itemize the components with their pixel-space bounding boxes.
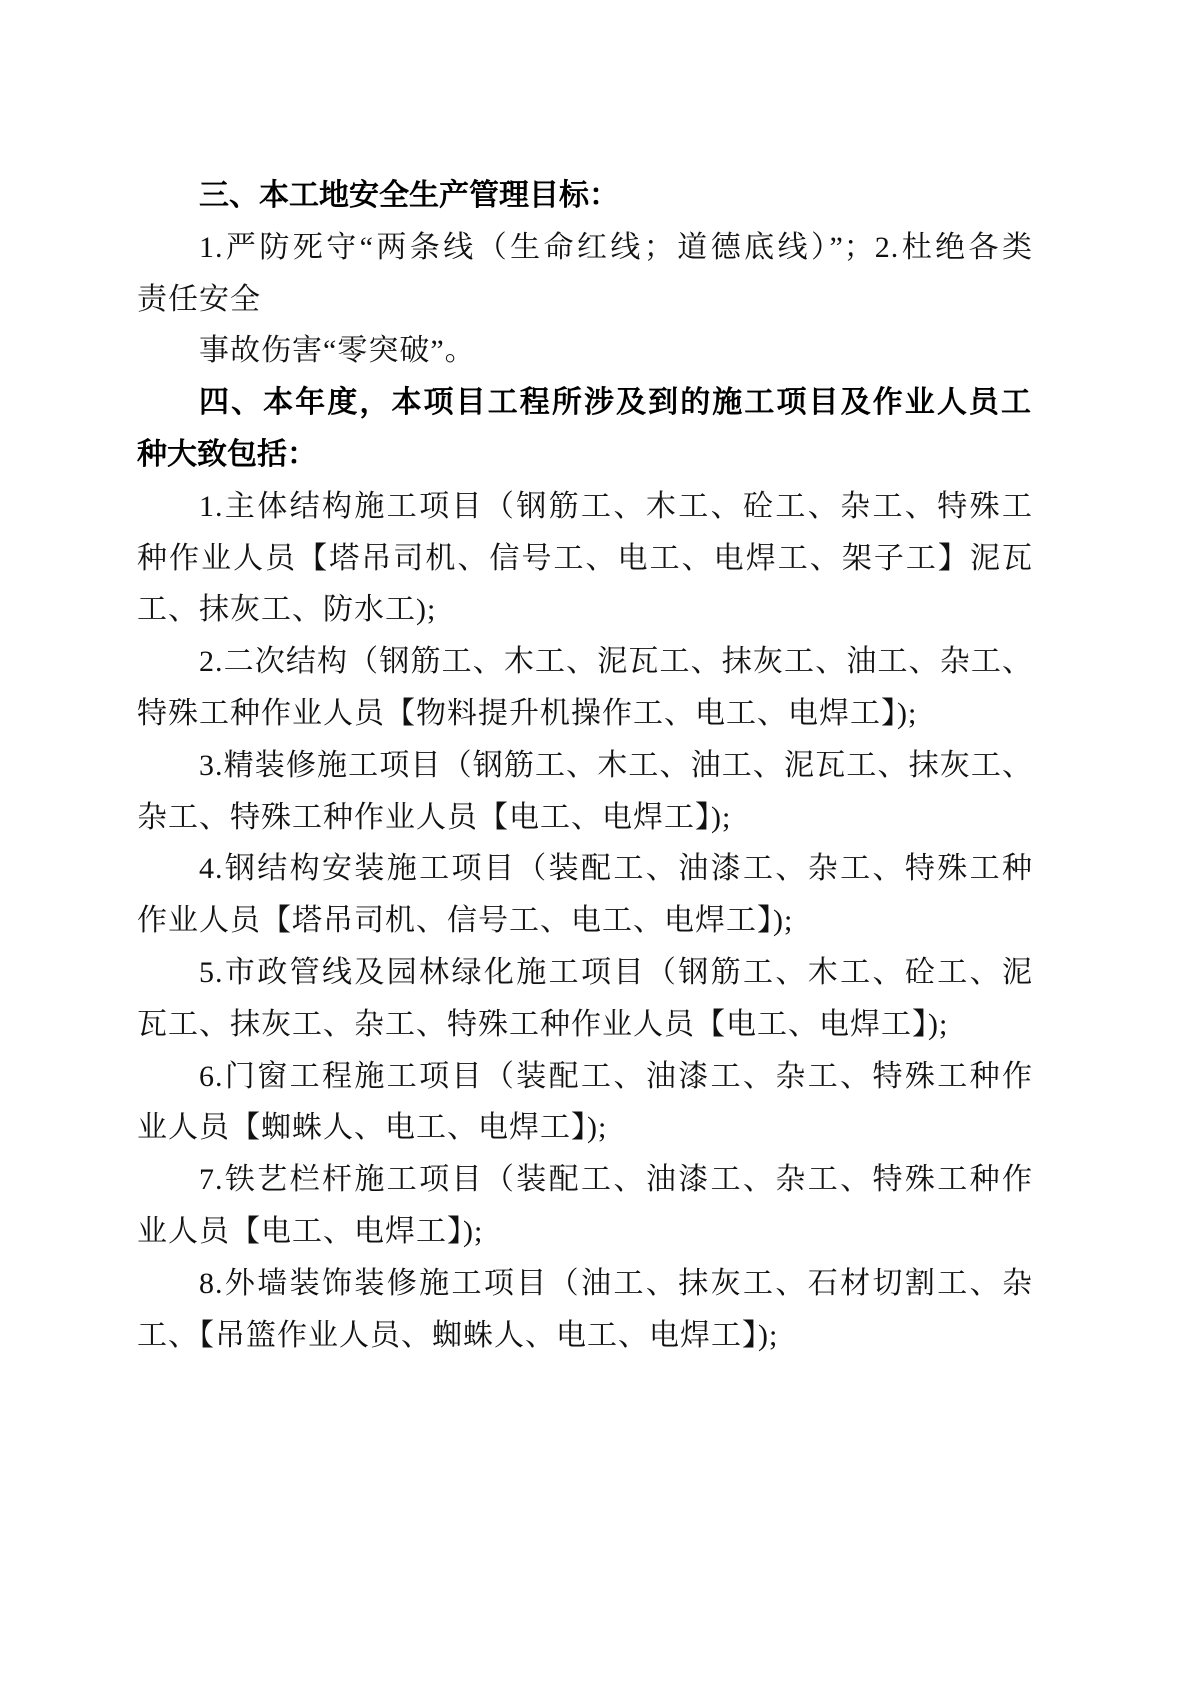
text-line: 业人员【蜘蛛人、电工、电焊工】); [137, 1102, 1033, 1154]
document-page: 三、本工地安全生产管理目标：1.严防死守“两条线（生命红线；道德底线）”；2.杜… [0, 0, 1190, 1683]
text-line: 8.外墙装饰装修施工项目（油工、抹灰工、石材切割工、杂 [137, 1258, 1033, 1310]
text-line: 4.钢结构安装施工项目（装配工、油漆工、杂工、特殊工种 [137, 843, 1033, 895]
text-line: 1.主体结构施工项目（钢筋工、木工、砼工、杂工、特殊工 [137, 481, 1033, 533]
text-line: 责任安全 [137, 274, 1033, 326]
text-line: 杂工、特殊工种作业人员【电工、电焊工】); [137, 792, 1033, 844]
text-line: 6.门窗工程施工项目（装配工、油漆工、杂工、特殊工种作 [137, 1051, 1033, 1103]
text-line: 业人员【电工、电焊工】); [137, 1206, 1033, 1258]
text-line: 作业人员【塔吊司机、信号工、电工、电焊工】); [137, 895, 1033, 947]
section-heading-line: 四、本年度，本项目工程所涉及到的施工项目及作业人员工 [137, 377, 1033, 429]
document-body: 三、本工地安全生产管理目标：1.严防死守“两条线（生命红线；道德底线）”；2.杜… [137, 170, 1033, 1361]
text-line: 瓦工、抹灰工、杂工、特殊工种作业人员【电工、电焊工】); [137, 999, 1033, 1051]
text-line: 7.铁艺栏杆施工项目（装配工、油漆工、杂工、特殊工种作 [137, 1154, 1033, 1206]
text-line: 2.二次结构（钢筋工、木工、泥瓦工、抹灰工、油工、杂工、 [137, 636, 1033, 688]
text-line: 1.严防死守“两条线（生命红线；道德底线）”；2.杜绝各类 [137, 222, 1033, 274]
section-heading-line: 三、本工地安全生产管理目标： [137, 170, 1033, 222]
text-line: 工、【吊篮作业人员、蜘蛛人、电工、电焊工】); [137, 1310, 1033, 1362]
text-line: 事故伤害“零突破”。 [137, 325, 1033, 377]
text-line: 3.精装修施工项目（钢筋工、木工、油工、泥瓦工、抹灰工、 [137, 740, 1033, 792]
text-line: 特殊工种作业人员【物料提升机操作工、电工、电焊工】); [137, 688, 1033, 740]
text-line: 5.市政管线及园林绿化施工项目（钢筋工、木工、砼工、泥 [137, 947, 1033, 999]
section-heading-line: 种大致包括： [137, 429, 1033, 481]
text-line: 工、抹灰工、防水工); [137, 584, 1033, 636]
text-line: 种作业人员【塔吊司机、信号工、电工、电焊工、架子工】泥瓦 [137, 533, 1033, 585]
